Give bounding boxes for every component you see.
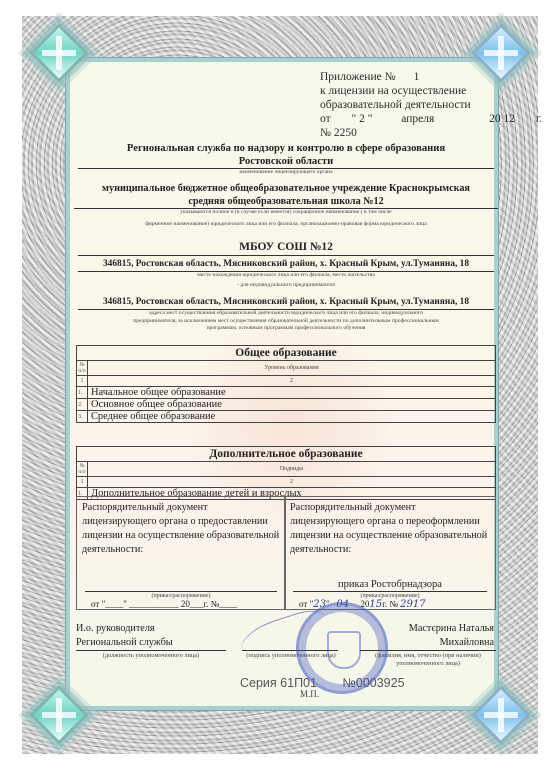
organization-name-cont: средняя общеобразовательная школа №12 <box>74 195 498 209</box>
row-number: 2. <box>77 399 88 411</box>
address-caption: предпринимателя, за исключением мест осу… <box>78 318 494 326</box>
address-caption: программам, основным программам професси… <box>78 325 494 333</box>
location-address: 346815, Ростовская область, Мясниковский… <box>78 258 494 272</box>
signatory-position: И.о. руководителя Региональной службы <box>76 622 226 650</box>
column-header: № п/п <box>77 361 88 376</box>
table-row: 2. Основное общее образование <box>77 399 496 411</box>
address-caption: место нахождения юридического лица или е… <box>78 272 494 280</box>
additional-education-table: Дополнительное образование № п/п Подвиды… <box>76 446 496 500</box>
position-line: Региональной службы <box>76 636 226 650</box>
row-number: 1. <box>77 387 88 399</box>
organization-name: муниципальное бюджетное общеобразователь… <box>74 182 498 195</box>
column-index: 2 <box>88 477 496 488</box>
appendix-line: образовательной деятельности <box>320 98 500 112</box>
position-underline <box>76 650 226 651</box>
order-type <box>85 579 277 592</box>
table-title: Общее образование <box>77 346 496 361</box>
activity-address-block: 346815, Ростовская область, Мясниковский… <box>78 296 494 333</box>
column-index: 2 <box>88 376 496 387</box>
corner-ornament-icon <box>20 14 98 92</box>
organization-caption: фирменное наименование) юридического лиц… <box>74 221 498 229</box>
column-index: 1 <box>77 477 88 488</box>
date-month: апреля <box>401 113 434 125</box>
address-caption: - для индивидуального предпринимателя <box>78 282 494 290</box>
authority-name: Региональная служба по надзору и контрол… <box>78 142 494 155</box>
order-year: 15 <box>369 599 382 610</box>
short-name: МБОУ СОШ №12 <box>78 240 494 256</box>
order-number: 2917 <box>400 599 425 610</box>
position-caption: (должность уполномоченного лица) <box>76 652 226 659</box>
appendix-label: Приложение № <box>320 71 396 83</box>
table-row: 3. Среднее общее образование <box>77 411 496 423</box>
address-caption: адреса мест осуществления образовательно… <box>78 310 494 318</box>
license-appendix-sheet: Приложение №1 к лицензии на осуществлени… <box>66 58 498 710</box>
date-prefix: от <box>320 113 331 125</box>
licensing-authority: Региональная служба по надзору и контрол… <box>78 142 494 177</box>
corner-ornament-icon <box>462 14 540 92</box>
short-name-block: МБОУ СОШ №12 <box>78 240 494 256</box>
row-number: 3. <box>77 411 88 423</box>
series-label: Серия <box>240 676 277 690</box>
authority-caption: наименование лицензирующего органа <box>78 169 494 177</box>
table-title: Дополнительное образование <box>77 447 496 462</box>
organization-block: муниципальное бюджетное общеобразователь… <box>74 182 498 228</box>
order-date: от "____" ___________ 20___г. №____ <box>91 598 281 610</box>
date-prefix: от " <box>299 599 313 609</box>
education-level: Среднее общее образование <box>88 411 496 423</box>
stamp-place-label: М.П. <box>300 689 319 699</box>
date-year: 20 12 <box>489 113 515 125</box>
date-day: " 2 " <box>352 113 373 125</box>
column-header: Подвиды <box>88 462 496 477</box>
table-row: 1. Начальное общее образование <box>77 387 496 399</box>
reissue-decision-block: Распорядительный документ лицензирующего… <box>284 496 496 610</box>
license-number: № 2250 <box>320 126 500 140</box>
education-level: Начальное общее образование <box>88 387 496 399</box>
corner-ornament-icon <box>20 676 98 754</box>
decision-text: Распорядительный документ лицензирующего… <box>290 501 490 557</box>
column-header: № п/п <box>77 462 88 477</box>
order-type: приказ Ростобрнадзора <box>293 579 487 592</box>
grant-decision-block: Распорядительный документ лицензирующего… <box>76 496 286 610</box>
date-suffix: г. № <box>382 599 398 609</box>
corner-ornament-icon <box>462 676 540 754</box>
column-header: Уровень образования <box>88 361 496 376</box>
decision-text: Распорядительный документ лицензирующего… <box>82 501 280 557</box>
column-index: 1 <box>77 376 88 387</box>
authority-region: Ростовской области <box>78 155 494 169</box>
location-address-block: 346815, Ростовская область, Мясниковский… <box>78 258 494 289</box>
activity-address: 346815, Ростовская область, Мясниковский… <box>78 296 494 310</box>
date-suffix: г. <box>536 113 542 125</box>
position-line: И.о. руководителя <box>76 622 226 636</box>
education-level: Основное общее образование <box>88 399 496 411</box>
organization-caption: указываются полное и (в случае если имее… <box>74 209 498 217</box>
appendix-number: 1 <box>414 71 420 83</box>
general-education-table: Общее образование № п/п Уровень образова… <box>76 345 496 423</box>
